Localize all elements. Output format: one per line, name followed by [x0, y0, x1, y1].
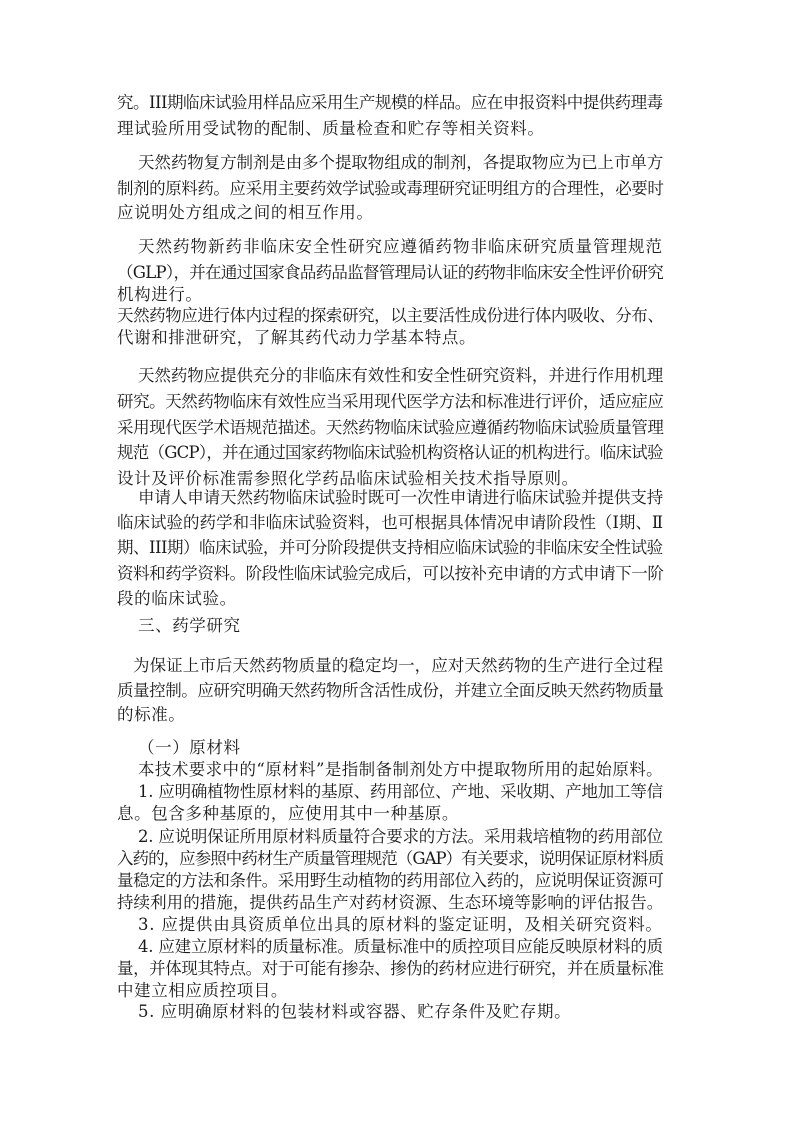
text-line: 3. 应提供由具资质单位出具的原材料的鉴定证明，及相关研究资料。: [138, 914, 663, 936]
text-line: （GLP），并在通过国家食品药品监督管理局认证的药物非临床安全性评价研究: [117, 262, 663, 284]
text-line: 应说明处方组成之间的相互作用。: [117, 202, 374, 224]
text-line: 量，并体现其特点。对于可能有掺杂、掺伪的药材应进行研究，并在质量标准: [117, 958, 663, 980]
text-line: 究。III期临床试验用样品应采用生产规模的样品。应在申报资料中提供药理毒: [117, 92, 663, 114]
text-line: 量稳定的方法和条件。采用野生动植物的药用部位入药的，应说明保证资源可: [117, 870, 663, 892]
document-page: 究。III期临床试验用样品应采用生产规模的样品。应在申报资料中提供药理毒理试验所…: [0, 0, 793, 1122]
text-line: 持续利用的措施，提供药品生产对药材资源、生态环境等影响的评估报告。: [117, 892, 663, 914]
text-line: 理试验所用受试物的配制、质量检查和贮存等相关资料。: [117, 118, 545, 140]
text-line: 研究。天然药物临床有效性应当采用现代医学方法和标准进行评价，适应症应: [117, 391, 663, 413]
text-line: 天然药物应进行体内过程的探索研究，以主要活性成份进行体内吸收、分布、: [117, 305, 663, 327]
text-line: 资料和药学资料。阶段性临床试验完成后，可以按补充申请的方式申请下一阶: [117, 563, 663, 585]
text-line: 天然药物应提供充分的非临床有效性和安全性研究资料，并进行作用机理: [138, 365, 663, 387]
text-line: 临床试验的药学和非临床试验资料，也可根据具体情况申请阶段性（Ⅰ期、Ⅱ: [117, 512, 663, 534]
text-line: 代谢和排泄研究，了解其药代动力学基本特点。: [117, 327, 476, 349]
text-line: 本技术要求中的“原材料”是指制备制剂处方中提取物所用的起始原料。: [138, 759, 663, 781]
text-line: 机构进行。: [117, 284, 203, 306]
text-line: 为保证上市后天然药物质量的稳定均一，应对天然药物的生产进行全过程: [133, 655, 663, 677]
text-line: 5. 应明确原材料的包装材料或容器、贮存条件及贮存期。: [138, 1001, 571, 1023]
text-line: 质量控制。应研究明确天然药物所含活性成份，并建立全面反映天然药物质量: [117, 680, 663, 702]
text-line: 天然药物新药非临床安全性研究应遵循药物非临床研究质量管理规范: [138, 236, 663, 258]
text-line: 4. 应建立原材料的质量标准。质量标准中的质控项目应能反映原材料的质: [138, 936, 663, 958]
text-line: 的标准。: [117, 704, 185, 726]
text-line: （一）原材料: [138, 737, 241, 759]
text-line: 申请人申请天然药物临床试验时既可一次性申请进行临床试验并提供支持: [138, 487, 663, 509]
text-line: 制剂的原料药。应采用主要药效学试验或毒理研究证明组方的合理性，必要时: [117, 178, 663, 200]
text-line: 三、药学研究: [138, 615, 241, 637]
text-line: 规范（GCP），并在通过国家药物临床试验机构资格认证的机构进行。临床试验: [117, 442, 663, 464]
text-line: 1. 应明确植物性原材料的基原、药用部位、产地、采收期、产地加工等信: [138, 781, 663, 803]
text-line: 中建立相应质控项目。: [117, 980, 288, 1002]
text-line: 期、III期）临床试验，并可分阶段提供支持相应临床试验的非临床安全性试验: [117, 537, 663, 559]
text-line: 入药的，应参照中药材生产质量管理规范（GAP）有关要求，说明保证原材料质: [117, 848, 663, 870]
text-line: 段的临床试验。: [117, 588, 237, 610]
text-line: 采用现代医学术语规范描述。天然药物临床试验应遵循药物临床试验质量管理: [117, 417, 663, 439]
text-line: 2. 应说明保证所用原材料质量符合要求的方法。采用栽培植物的药用部位: [138, 826, 663, 848]
text-line: 天然药物复方制剂是由多个提取物组成的制剂，各提取物应为已上市单方: [138, 152, 663, 174]
text-line: 息。包含多种基原的，应使用其中一种基原。: [117, 803, 459, 825]
